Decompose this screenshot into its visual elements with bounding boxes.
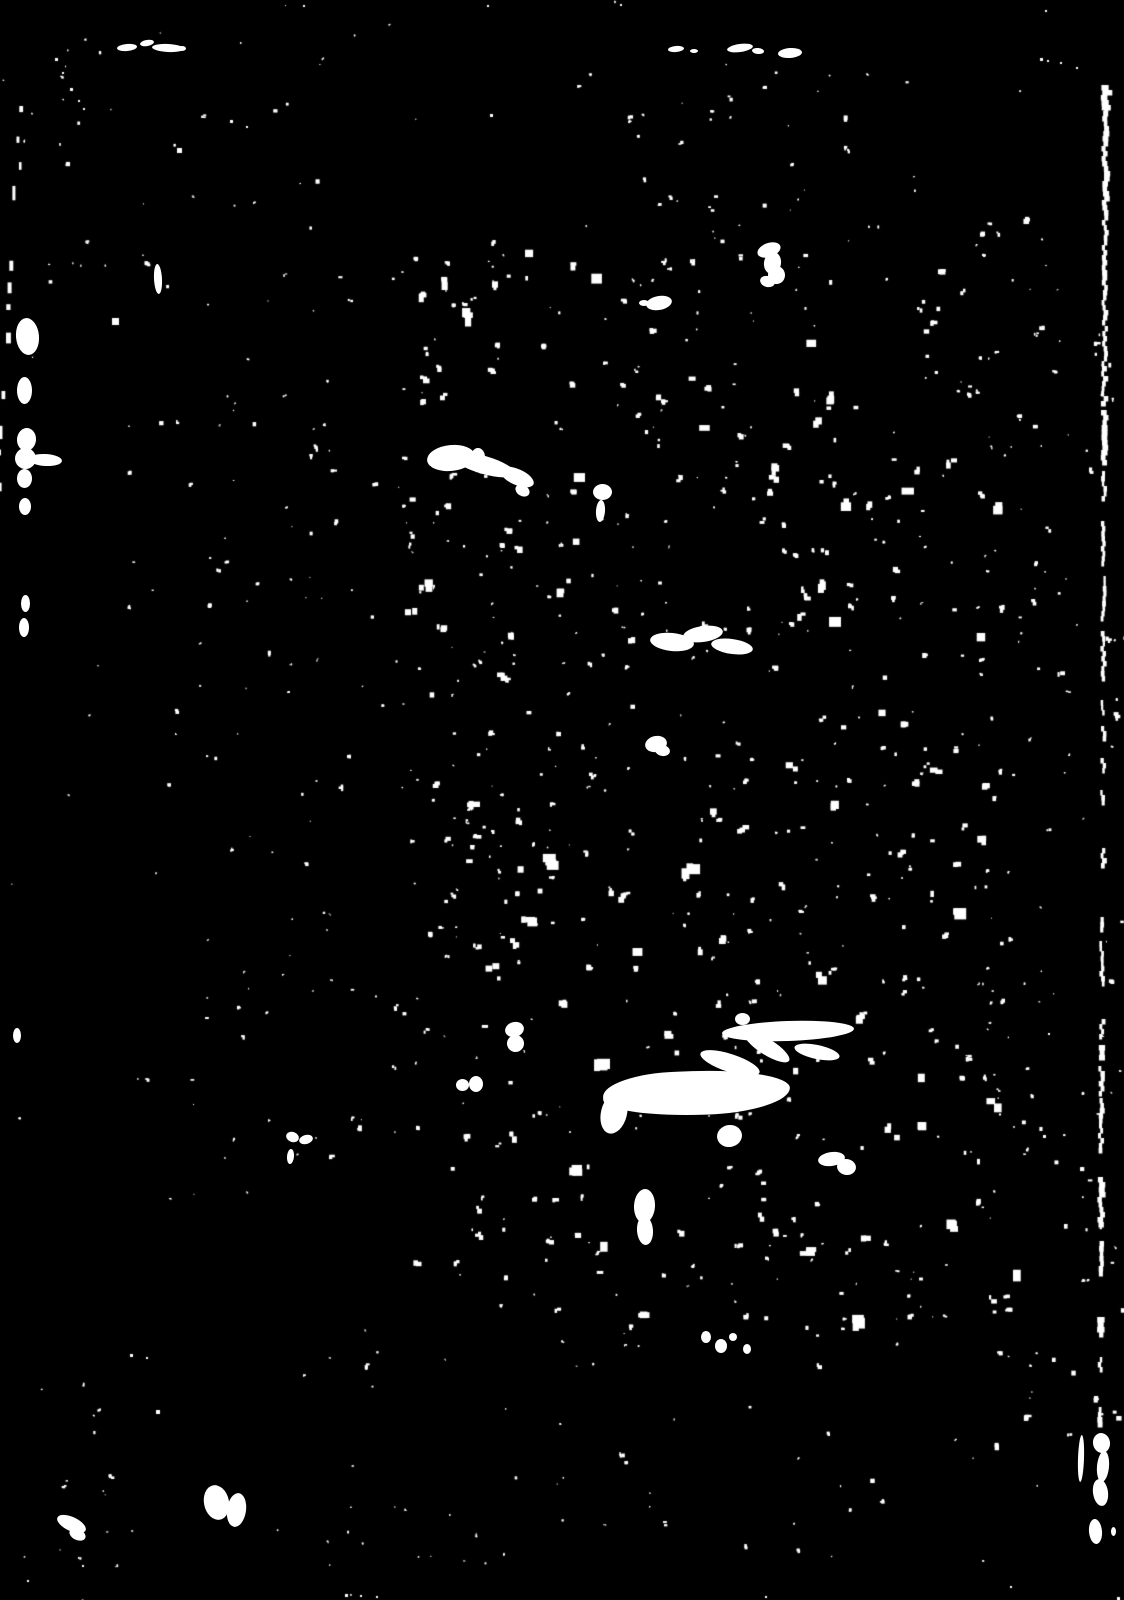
scan-noise-layer: [0, 0, 1124, 1600]
scanned-page: [0, 0, 1124, 1600]
